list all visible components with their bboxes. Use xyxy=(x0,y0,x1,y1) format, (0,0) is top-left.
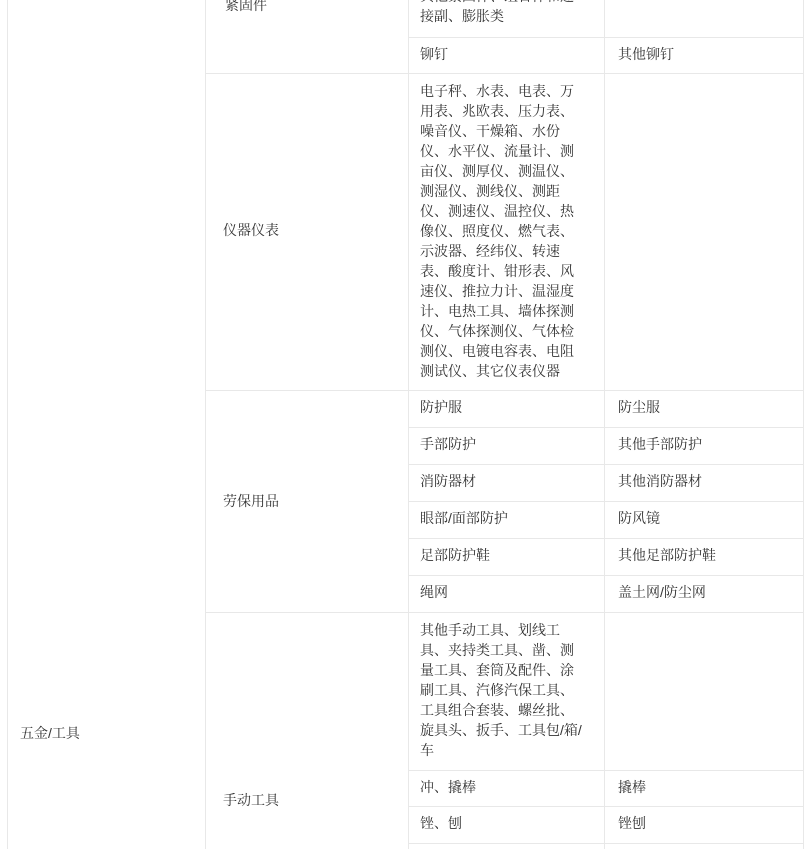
other-items-cell: 其他足部防护鞋 xyxy=(618,545,716,565)
table-gridline xyxy=(408,538,804,539)
table-gridline xyxy=(205,0,206,849)
other-items-cell: 锉刨 xyxy=(618,813,646,833)
subcategory-cell-hand-tools: 手动工具 xyxy=(223,790,279,810)
items-cell: 铆钉 xyxy=(420,44,448,64)
table-gridline xyxy=(408,806,804,807)
table-gridline xyxy=(205,390,804,391)
table-gridline xyxy=(408,464,804,465)
other-items-cell: 防尘服 xyxy=(618,397,660,417)
other-items-cell: 盖土网/防尘网 xyxy=(618,582,706,602)
table-gridline xyxy=(408,427,804,428)
other-items-cell: 防风镜 xyxy=(618,508,660,528)
other-items-cell: 其他铆钉 xyxy=(618,44,674,64)
table-gridline xyxy=(408,0,409,849)
items-cell: 其他手动工具、划线工具、夹持类工具、凿、测量工具、套筒及配件、涂刷工具、汽修汽保… xyxy=(420,620,584,760)
items-cell: 手部防护 xyxy=(420,434,476,454)
subcategory-cell-instruments: 仪器仪表 xyxy=(223,220,279,240)
subcategory-cell-labor-protection: 劳保用品 xyxy=(223,491,279,511)
items-cell: 电子秤、水表、电表、万用表、兆欧表、压力表、噪音仪、干燥箱、水份仪、水平仪、流量… xyxy=(420,81,584,381)
table-gridline xyxy=(408,575,804,576)
other-items-cell: 其他消防器材 xyxy=(618,471,702,491)
items-cell: 其他紧固件、组合件和连接副、膨胀类 xyxy=(420,0,584,26)
table-gridline xyxy=(205,73,804,74)
table-gridline xyxy=(7,0,8,849)
table-gridline xyxy=(408,770,804,771)
table-gridline xyxy=(408,501,804,502)
table-gridline xyxy=(408,843,804,844)
other-items-cell: 其他手部防护 xyxy=(618,434,702,454)
items-cell: 消防器材 xyxy=(420,471,476,491)
table-gridline xyxy=(604,0,605,849)
table-gridline xyxy=(205,612,804,613)
category-table: 五金/工具 紧固件 仪器仪表 劳保用品 手动工具 其他紧固件、组合件和连接副、膨… xyxy=(0,0,804,849)
items-cell: 足部防护鞋 xyxy=(420,545,490,565)
items-cell: 绳网 xyxy=(420,582,448,602)
subcategory-cell-fasteners: 紧固件 xyxy=(225,0,267,15)
other-items-cell: 撬棒 xyxy=(618,777,646,797)
table-gridline xyxy=(408,37,804,38)
category-cell: 五金/工具 xyxy=(20,723,80,743)
items-cell: 眼部/面部防护 xyxy=(420,508,508,528)
items-cell: 防护服 xyxy=(420,397,462,417)
items-cell: 锉、刨 xyxy=(420,813,462,833)
items-cell: 冲、撬棒 xyxy=(420,777,476,797)
